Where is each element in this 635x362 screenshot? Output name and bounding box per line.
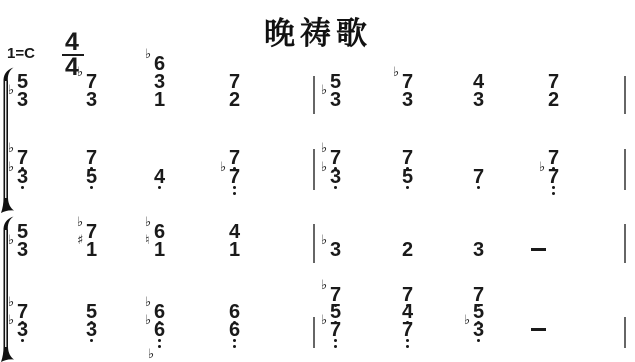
note-digit: 5 bbox=[473, 304, 484, 320]
note-digit: 3 bbox=[154, 74, 165, 90]
note-digit: 3 bbox=[330, 242, 341, 258]
accidental-flat-icon: ♭ bbox=[77, 67, 83, 79]
accidental-flat-icon: ♭ bbox=[321, 280, 327, 292]
note-digit: 5 bbox=[86, 304, 97, 320]
octave-dot bbox=[552, 192, 555, 195]
note-digit: 7 bbox=[402, 322, 413, 338]
note-digit: 6 bbox=[229, 304, 240, 320]
accidental-flat-icon: ♭ bbox=[464, 315, 470, 327]
octave-dot bbox=[90, 339, 93, 342]
note-digit: 3 bbox=[330, 169, 341, 185]
barline-end bbox=[624, 224, 626, 263]
note-digit: 3 bbox=[17, 169, 28, 185]
note-digit: 3 bbox=[17, 242, 28, 258]
dash-rest bbox=[531, 248, 546, 251]
barline-mid bbox=[313, 317, 315, 348]
octave-dot bbox=[406, 345, 409, 348]
note-digit: 3 bbox=[17, 92, 28, 108]
octave-dot bbox=[334, 339, 337, 342]
staff-brace-icon bbox=[0, 67, 16, 213]
accidental-flat-icon: ♭ bbox=[321, 162, 327, 174]
note-digit: 5 bbox=[86, 169, 97, 185]
octave-dot bbox=[233, 339, 236, 342]
accidental-flat-icon: ♭ bbox=[145, 297, 151, 309]
note-digit: 3 bbox=[330, 92, 341, 108]
note-digit: 7 bbox=[86, 74, 97, 90]
note-digit: 1 bbox=[154, 92, 165, 108]
note-digit: 7 bbox=[330, 322, 341, 338]
note-digit: 7 bbox=[229, 169, 240, 185]
note-digit: 5 bbox=[330, 74, 341, 90]
note-digit: 7 bbox=[402, 150, 413, 166]
octave-dot bbox=[158, 186, 161, 189]
note-digit: 7 bbox=[548, 74, 559, 90]
barline-mid bbox=[313, 149, 315, 190]
accidental-natural-icon: ♮ bbox=[145, 235, 150, 247]
accidental-flat-icon: ♭ bbox=[145, 49, 151, 61]
note-digit: 7 bbox=[330, 150, 341, 166]
note-digit: 7 bbox=[548, 169, 559, 185]
octave-dot bbox=[406, 186, 409, 189]
octave-dot bbox=[334, 186, 337, 189]
note-digit: 3 bbox=[402, 92, 413, 108]
note-digit: 7 bbox=[17, 150, 28, 166]
dash-rest bbox=[531, 328, 546, 331]
note-digit: 3 bbox=[17, 322, 28, 338]
accidental-flat-icon: ♭ bbox=[321, 235, 327, 247]
accidental-flat-icon: ♭ bbox=[321, 143, 327, 155]
note-digit: 4 bbox=[473, 74, 484, 90]
accidental-flat-icon: ♭ bbox=[321, 85, 327, 97]
barline-end bbox=[624, 76, 626, 114]
note-digit: 7 bbox=[473, 169, 484, 185]
barline-end bbox=[624, 149, 626, 190]
score-page: 1=C 4 4 晚祷歌 53♭7♭36♭317253♭7♭343727♭3♭75… bbox=[0, 0, 635, 362]
note-digit: 1 bbox=[154, 242, 165, 258]
note-digit: 6 bbox=[154, 304, 165, 320]
note-digit: 2 bbox=[229, 92, 240, 108]
note-digit: 3 bbox=[86, 322, 97, 338]
page-title: 晚祷歌 bbox=[264, 8, 372, 53]
accidental-flat-icon: ♭ bbox=[220, 162, 226, 174]
note-digit: 6 bbox=[154, 224, 165, 240]
note-digit: 4 bbox=[402, 304, 413, 320]
octave-dot bbox=[158, 345, 161, 348]
clipped-flat-icon: ♭ bbox=[148, 349, 154, 361]
accidental-flat-icon: ♭ bbox=[145, 217, 151, 229]
note-digit: 4 bbox=[229, 224, 240, 240]
accidental-flat-icon: ♭ bbox=[321, 315, 327, 327]
note-digit: 7 bbox=[548, 150, 559, 166]
note-digit: 6 bbox=[229, 322, 240, 338]
note-digit: 3 bbox=[86, 92, 97, 108]
octave-dot bbox=[477, 186, 480, 189]
octave-dot bbox=[477, 339, 480, 342]
note-digit: 7 bbox=[86, 150, 97, 166]
staff-brace-icon bbox=[0, 216, 16, 362]
note-digit: 7 bbox=[86, 224, 97, 240]
accidental-sharp-icon: ♯ bbox=[77, 235, 83, 247]
barline-end bbox=[624, 317, 626, 348]
octave-dot bbox=[158, 339, 161, 342]
octave-dot bbox=[233, 186, 236, 189]
note-digit: 7 bbox=[17, 304, 28, 320]
octave-dot bbox=[21, 186, 24, 189]
octave-dot bbox=[334, 345, 337, 348]
accidental-flat-icon: ♭ bbox=[393, 67, 399, 79]
octave-dot bbox=[552, 186, 555, 189]
note-digit: 5 bbox=[402, 169, 413, 185]
note-digit: 7 bbox=[229, 150, 240, 166]
note-digit: 1 bbox=[86, 242, 97, 258]
barline-mid bbox=[313, 76, 315, 114]
time-signature-upper: 4 bbox=[65, 32, 79, 52]
octave-dot bbox=[233, 345, 236, 348]
note-digit: 6 bbox=[154, 56, 165, 72]
note-digit: 5 bbox=[17, 74, 28, 90]
barline-mid bbox=[313, 224, 315, 263]
accidental-flat-icon: ♭ bbox=[145, 315, 151, 327]
note-digit: 1 bbox=[229, 242, 240, 258]
octave-dot bbox=[90, 186, 93, 189]
note-digit: 5 bbox=[17, 224, 28, 240]
note-digit: 2 bbox=[548, 92, 559, 108]
note-digit: 6 bbox=[154, 322, 165, 338]
note-digit: 5 bbox=[330, 304, 341, 320]
note-digit: 7 bbox=[229, 74, 240, 90]
accidental-flat-icon: ♭ bbox=[77, 217, 83, 229]
key-signature: 1=C bbox=[7, 45, 35, 62]
octave-dot bbox=[406, 339, 409, 342]
note-digit: 2 bbox=[402, 242, 413, 258]
note-digit: 3 bbox=[473, 242, 484, 258]
octave-dot bbox=[21, 339, 24, 342]
note-digit: 3 bbox=[473, 322, 484, 338]
note-digit: 7 bbox=[402, 74, 413, 90]
note-digit: 3 bbox=[473, 92, 484, 108]
note-digit: 4 bbox=[154, 169, 165, 185]
accidental-flat-icon: ♭ bbox=[539, 162, 545, 174]
octave-dot bbox=[233, 192, 236, 195]
